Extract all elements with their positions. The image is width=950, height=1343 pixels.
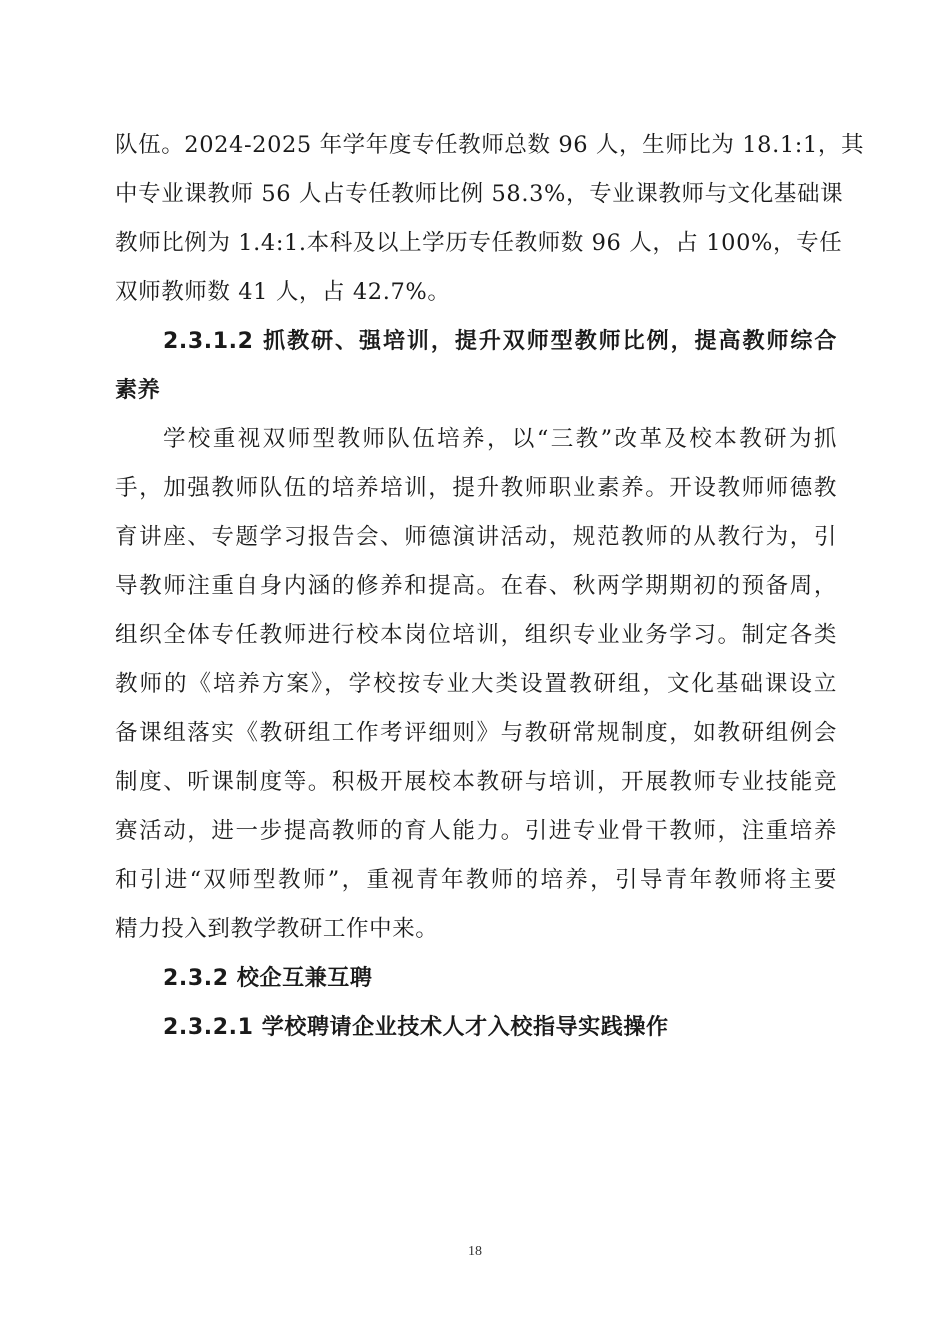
paragraph-line: 双师教师数 41 人，占 42.7%。 <box>115 268 837 317</box>
paragraph-line: 学校重视双师型教师队伍培养，以“三教”改革及校本教研为抓 <box>115 415 837 464</box>
page-number: 18 <box>0 1244 950 1260</box>
paragraph-line: 赛活动，进一步提高教师的育人能力。引进专业骨干教师，注重培养 <box>115 807 837 856</box>
paragraph-line: 备课组落实《教研组工作考评细则》与教研常规制度，如教研组例会 <box>115 709 837 758</box>
paragraph-line: 队伍。2024-2025 年学年度专任教师总数 96 人，生师比为 18.1:1… <box>115 121 837 170</box>
section-heading: 2.3.2 校企互兼互聘 <box>115 954 837 1003</box>
section-heading: 2.3.1.2 抓教研、强培训，提升双师型教师比例，提高教师综合 <box>115 317 837 366</box>
paragraph-line: 教师比例为 1.4:1.本科及以上学历专任教师数 96 人，占 100%，专任 <box>115 219 837 268</box>
paragraph-line: 组织全体专任教师进行校本岗位培训，组织专业业务学习。制定各类 <box>115 611 837 660</box>
paragraph-line: 教师的《培养方案》，学校按专业大类设置教研组，文化基础课设立 <box>115 660 837 709</box>
paragraph-line: 精力投入到教学教研工作中来。 <box>115 905 837 954</box>
paragraph-line: 制度、听课制度等。积极开展校本教研与培训，开展教师专业技能竞 <box>115 758 837 807</box>
section-heading: 素养 <box>115 366 837 415</box>
paragraph-line: 中专业课教师 56 人占专任教师比例 58.3%，专业课教师与文化基础课 <box>115 170 837 219</box>
paragraph-line: 导教师注重自身内涵的修养和提高。在春、秋两学期期初的预备周， <box>115 562 837 611</box>
paragraph-line: 育讲座、专题学习报告会、师德演讲活动，规范教师的从教行为，引 <box>115 513 837 562</box>
paragraph-line: 和引进“双师型教师”，重视青年教师的培养，引导青年教师将主要 <box>115 856 837 905</box>
document-page: 队伍。2024-2025 年学年度专任教师总数 96 人，生师比为 18.1:1… <box>115 121 837 1052</box>
section-heading: 2.3.2.1 学校聘请企业技术人才入校指导实践操作 <box>115 1003 837 1052</box>
paragraph-line: 手，加强教师队伍的培养培训，提升教师职业素养。开设教师师德教 <box>115 464 837 513</box>
